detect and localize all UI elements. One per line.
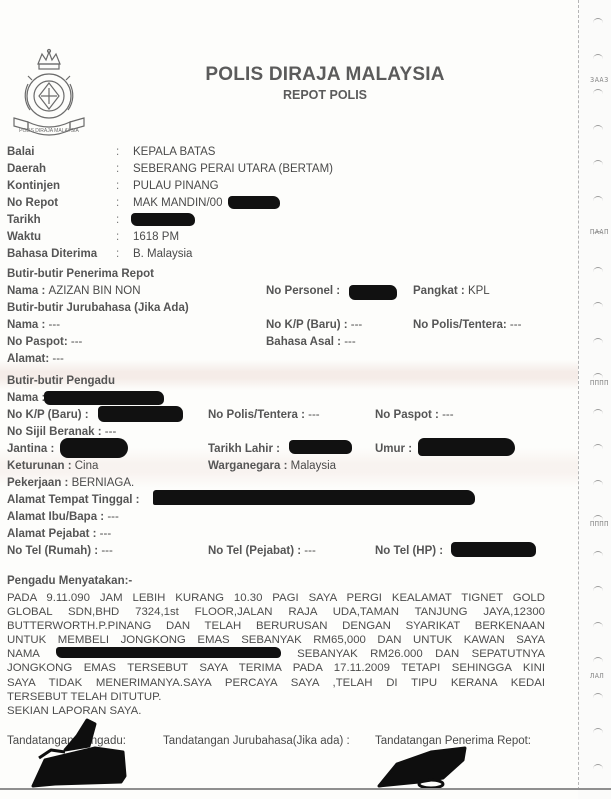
feed-hole [593, 18, 603, 25]
complainant-birth-cert: No Sijil Beranak : --- [7, 426, 116, 438]
feed-hole [593, 657, 603, 664]
organization-title: POLIS DIRAJA MALAYSIA [0, 64, 611, 86]
complainant-gender-label: Jantina : [7, 443, 54, 455]
interpreter-police-army: No Polis/Tentera: --- [413, 319, 521, 331]
complainant-home-address-label: Alamat Tempat Tinggal : [7, 494, 139, 506]
feed-hole [593, 728, 603, 735]
receiver-section-title: Butir-butir Penerima Repot [7, 268, 154, 280]
report-info-value: MAK MANDIN/00 [133, 197, 222, 209]
report-info-value: PULAU PINANG [133, 180, 219, 192]
redacted-complainant-dob [289, 440, 352, 454]
report-info-value: KEPALA BATAS [133, 146, 215, 158]
redacted-tel-hp [451, 542, 536, 557]
interpreter-origin-language: Bahasa Asal : --- [266, 336, 356, 348]
feed-hole [593, 622, 603, 629]
redacted-complainant-name [44, 391, 164, 405]
feed-hole [593, 54, 603, 61]
perforation-line [578, 0, 579, 790]
margin-code: ПППП [590, 520, 609, 528]
report-info-colon: : [116, 163, 119, 175]
complainant-name-label: Nama : [7, 392, 45, 404]
feed-hole [593, 125, 603, 132]
page-bottom-edge [0, 788, 611, 790]
report-info-label: Tarikh [7, 214, 41, 226]
margin-code: ЛАЛ [590, 672, 604, 680]
report-info-value: SEBERANG PERAI UTARA (BERTAM) [133, 163, 333, 175]
receiver-personnel-label: No Personel : [266, 285, 340, 297]
interpreter-address: Alamat: --- [7, 353, 64, 365]
complainant-citizenship: Warganegara : Malaysia [208, 460, 336, 472]
report-info-colon: : [116, 231, 119, 243]
statement-line: SAYA TIDAK MENERIMANYA.SAYA PERCAYA SAYA… [7, 676, 545, 690]
interpreter-section-title: Butir-butir Jurubahasa (Jika Ada) [7, 302, 189, 314]
feed-hole [593, 693, 603, 700]
complainant-parent-address: Alamat Ibu/Bapa : --- [7, 511, 119, 523]
report-info-label: Kontinjen [7, 180, 60, 192]
redacted-friend-name [56, 647, 281, 658]
interpreter-ic: No K/P (Baru) : --- [266, 319, 362, 331]
redacted-complainant-ic [98, 406, 183, 422]
feed-hole [593, 586, 603, 593]
interpreter-passport: No Paspot: --- [7, 336, 82, 348]
receiver-rank: Pangkat : KPL [413, 285, 490, 297]
feed-hole [593, 409, 603, 416]
complainant-section-title: Butir-butir Pengadu [7, 375, 115, 387]
interpreter-signature-label: Tandatangan Jurubahasa(Jika ada) : [163, 735, 350, 747]
feed-hole [593, 444, 603, 451]
statement-line: JONGKONG EMAS TERSEBUT SAYA TERIMA PADA … [7, 661, 545, 675]
report-info-colon: : [116, 214, 119, 226]
report-info-label: Daerah [7, 163, 46, 175]
report-info-label: Waktu [7, 231, 41, 243]
statement-line: TERSEBUT TELAH DITUTUP. [7, 690, 545, 704]
redacted-home-address [153, 490, 475, 505]
complainant-age-label: Umur : [375, 443, 412, 455]
statement-closing: SEKIAN LAPORAN SAYA. [7, 704, 545, 718]
statement-title: Pengadu Menyatakan:- [7, 575, 132, 587]
complainant-occupation: Pekerjaan : BERNIAGA. [7, 477, 134, 489]
complainant-ic-label: No K/P (Baru) : [7, 409, 89, 421]
redacted-report-date [131, 213, 195, 226]
complainant-tel-office: No Tel (Pejabat) : --- [208, 545, 316, 557]
redacted-report-number [228, 196, 280, 209]
report-info-value: 1618 PM [133, 231, 179, 243]
complainant-office-address: Alamat Pejabat : --- [7, 528, 111, 540]
margin-code: ПППП [590, 379, 609, 387]
report-info-label: Balai [7, 146, 35, 158]
report-info-value: B. Malaysia [133, 248, 192, 260]
complainant-dob-label: Tarikh Lahir : [208, 443, 280, 455]
statement-line: GLOBAL SDN,BHD 7324,1st FLOOR,JALAN RAJA… [7, 605, 545, 619]
receiver-signature-scribble [375, 742, 475, 790]
interpreter-name: Nama : --- [7, 319, 60, 331]
feed-hole [593, 196, 603, 203]
report-info-colon: : [116, 248, 119, 260]
report-info-label: Bahasa Diterima [7, 248, 97, 260]
feed-hole [593, 302, 603, 309]
receiver-name: Nama : AZIZAN BIN NON [7, 285, 141, 297]
feed-hole [593, 480, 603, 487]
redacted-personnel-number [349, 285, 397, 300]
statement-body: PADA 9.11.090 JAM LEBIH KURANG 10.30 PAG… [7, 591, 545, 718]
margin-code: ЗААЗ [590, 76, 609, 84]
police-report-page: POLIS DIRAJA MALAYSIA POLIS DIRAJA MALAY… [0, 0, 578, 790]
complainant-signature-scribble [25, 718, 130, 790]
feed-hole [593, 160, 603, 167]
feed-hole [593, 551, 603, 558]
feed-hole [593, 267, 603, 274]
statement-line: PADA 9.11.090 JAM LEBIH KURANG 10.30 PAG… [7, 591, 545, 605]
report-info-colon: : [116, 180, 119, 192]
report-info-colon: : [116, 197, 119, 209]
statement-line: BUTTERWORTH.P.PINANG DAN TELAH BERURUSAN… [7, 619, 545, 633]
feed-hole [593, 89, 603, 96]
complainant-passport: No Paspot : --- [375, 409, 454, 421]
feed-hole [593, 338, 603, 345]
redacted-complainant-gender [60, 438, 128, 458]
svg-text:POLIS DIRAJA MALAYSIA: POLIS DIRAJA MALAYSIA [19, 128, 79, 134]
margin-code: ПААП [590, 228, 609, 236]
document-type-title: REPOT POLIS [0, 88, 611, 102]
statement-line: NAMA SEBANYAK RM26.000 DAN SEPATUTNYA [7, 647, 545, 661]
report-info-label: No Repot [7, 197, 58, 209]
complainant-tel-home: No Tel (Rumah) : --- [7, 545, 113, 557]
statement-line: UNTUK MEMBELI JONGKONG EMAS SEBANYAK RM6… [7, 633, 545, 647]
complainant-race: Keturunan : Cina [7, 460, 98, 472]
complainant-tel-hp-label: No Tel (HP) : [375, 545, 443, 557]
report-info-colon: : [116, 146, 119, 158]
feed-hole [593, 764, 603, 771]
complainant-police-army: No Polis/Tentera : --- [208, 409, 320, 421]
redacted-complainant-age [418, 438, 515, 456]
